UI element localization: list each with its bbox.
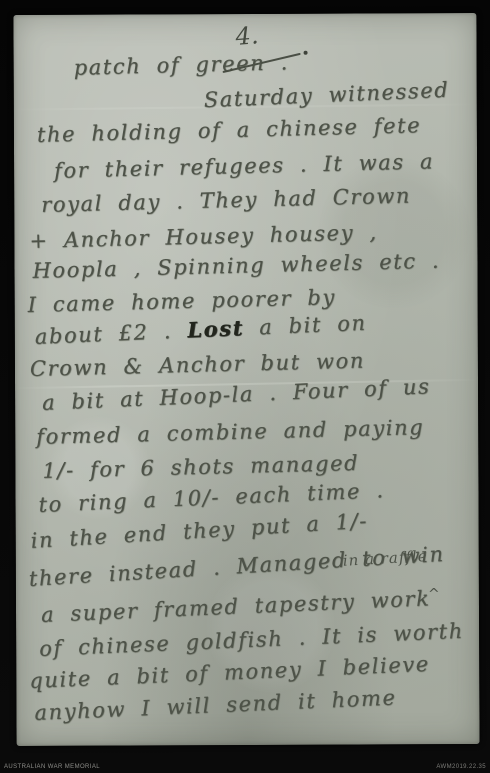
letter-line: patch of green . (73, 50, 289, 79)
letter-line: in the end they put a 1/- (30, 509, 369, 553)
footer-institution: AUSTRALIAN WAR MEMORIAL (4, 764, 100, 770)
letter-line: anyhow I will send it home (34, 685, 397, 724)
scan-background: 4. patch of green . Saturday witnessed t… (0, 0, 490, 773)
page-number: 4. (234, 21, 259, 51)
letter-line: the holding of a chinese fete (37, 113, 422, 147)
letter-line: royal day . They had Crown (41, 184, 411, 217)
lost-word-retraced: Lost (187, 315, 245, 342)
letter-line: a bit at Hoop-la . Four of us (42, 374, 431, 415)
letter-line: Crown & Anchor but won (30, 348, 366, 380)
page-number-flourish-dot (304, 51, 308, 55)
letter-line: a super framed tapestry work (41, 586, 431, 627)
lost-line-pre: about £2 . (34, 318, 187, 349)
letter-line: formed a combine and paying (36, 415, 425, 449)
letter-paper: 4. patch of green . Saturday witnessed t… (13, 13, 479, 746)
letter-line: 1/- for 6 shots managed (42, 451, 359, 483)
lost-line-post: a bit on (243, 311, 367, 340)
letter-line: Hoopla , Spinning wheels etc . (32, 249, 440, 283)
letter-line-lost: about £2 . Lost a bit on (34, 310, 367, 349)
letter-line: for their refugees . It was a (54, 149, 435, 183)
footer-reference: AWM2019.22.35 (436, 764, 486, 770)
letter-line: + Anchor Housey housey , (29, 220, 378, 253)
